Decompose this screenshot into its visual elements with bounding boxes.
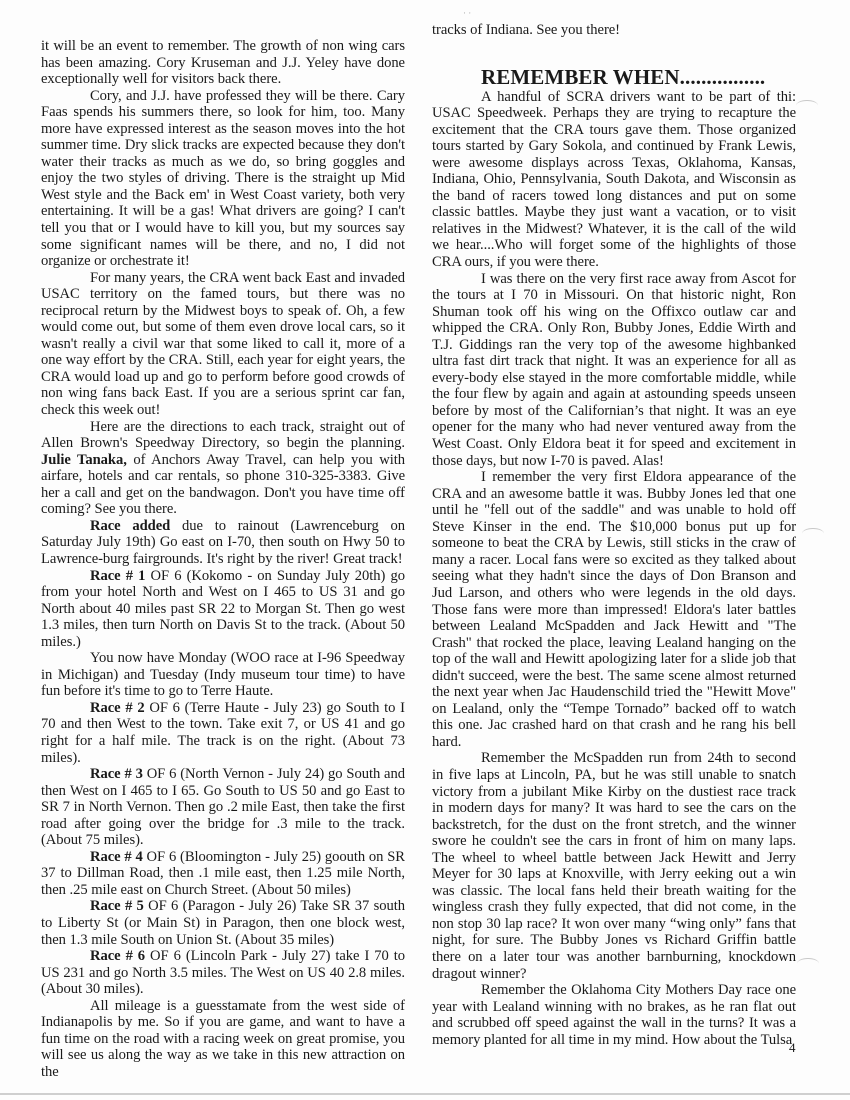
margin-mark: [802, 528, 824, 539]
travel-agent-name: Julie Tanaka,: [41, 452, 127, 468]
paragraph: I remember the very first Eldora appeara…: [432, 469, 796, 750]
margin-mark: [797, 958, 819, 969]
paragraph: it will be an event to remember. The gro…: [41, 38, 405, 88]
race-label: Race # 3: [90, 766, 143, 782]
paragraph-race-added: Race added due to rainout (Lawrenceburg …: [41, 518, 405, 568]
paragraph-text: Remember the Oklahoma City Mothers Day r…: [432, 982, 796, 1048]
paragraph-text: All mileage is a guesstamate from the we…: [41, 998, 405, 1080]
paragraph: Cory, and J.J. have professed they will …: [41, 88, 405, 270]
paragraph-text: I was there on the very first race away …: [432, 271, 796, 469]
margin-mark: [796, 100, 818, 111]
paragraph: A handful of SCRA drivers want to be par…: [432, 89, 796, 271]
race-label: Race # 4: [90, 849, 143, 865]
left-column: it will be an event to remember. The gro…: [41, 38, 405, 1080]
paragraph-text: Here are the directions to each track, s…: [41, 419, 405, 452]
race-label: Race # 1: [90, 568, 145, 584]
paragraph-text: Cory, and J.J. have professed they will …: [41, 88, 405, 269]
paragraph: You now have Monday (WOO race at I-96 Sp…: [41, 650, 405, 700]
paragraph-race-6: Race # 6 OF 6 (Lincoln Park - July 27) t…: [41, 948, 405, 998]
right-column: tracks of Indiana. See you there! REMEMB…: [432, 22, 796, 1048]
paragraph: I was there on the very first race away …: [432, 271, 796, 470]
paragraph-race-5: Race # 5 OF 6 (Paragon - July 26) Take S…: [41, 898, 405, 948]
paragraph-race-1: Race # 1 OF 6 (Kokomo - on Sunday July 2…: [41, 568, 405, 651]
paragraph: Remember the Oklahoma City Mothers Day r…: [432, 982, 796, 1048]
paragraph-race-4: Race # 4 OF 6 (Bloomington - July 25) go…: [41, 849, 405, 899]
document-page: · · it will be an event to remember. The…: [0, 0, 850, 1100]
paragraph-text: A handful of SCRA drivers want to be par…: [432, 89, 796, 270]
paragraph-race-3: Race # 3 OF 6 (North Vernon - July 24) g…: [41, 766, 405, 849]
paragraph-text: For many years, the CRA went back East a…: [41, 270, 405, 418]
paragraph-text: I remember the very first Eldora appeara…: [432, 469, 796, 750]
paragraph-race-2: Race # 2 OF 6 (Terre Haute - July 23) go…: [41, 700, 405, 766]
scan-speck: · ·: [463, 8, 471, 18]
paragraph-text: it will be an event to remember. The gro…: [41, 38, 405, 87]
race-label: Race # 5: [90, 898, 144, 914]
paragraph: For many years, the CRA went back East a…: [41, 270, 405, 419]
page-number: 4: [789, 1041, 796, 1055]
paragraph-text: Remember the McSpadden run from 24th to …: [432, 750, 796, 981]
race-label: Race # 2: [90, 700, 145, 716]
page-bottom-edge: [0, 1093, 850, 1095]
continuation-text: tracks of Indiana. See you there!: [432, 22, 796, 39]
paragraph: All mileage is a guesstamate from the we…: [41, 998, 405, 1081]
section-title: REMEMBER WHEN................: [481, 66, 796, 88]
race-label: Race added: [90, 518, 170, 534]
paragraph-travel: Here are the directions to each track, s…: [41, 419, 405, 518]
race-label: Race # 6: [90, 948, 145, 964]
paragraph: Remember the McSpadden run from 24th to …: [432, 750, 796, 982]
paragraph-text: You now have Monday (WOO race at I-96 Sp…: [41, 650, 405, 699]
